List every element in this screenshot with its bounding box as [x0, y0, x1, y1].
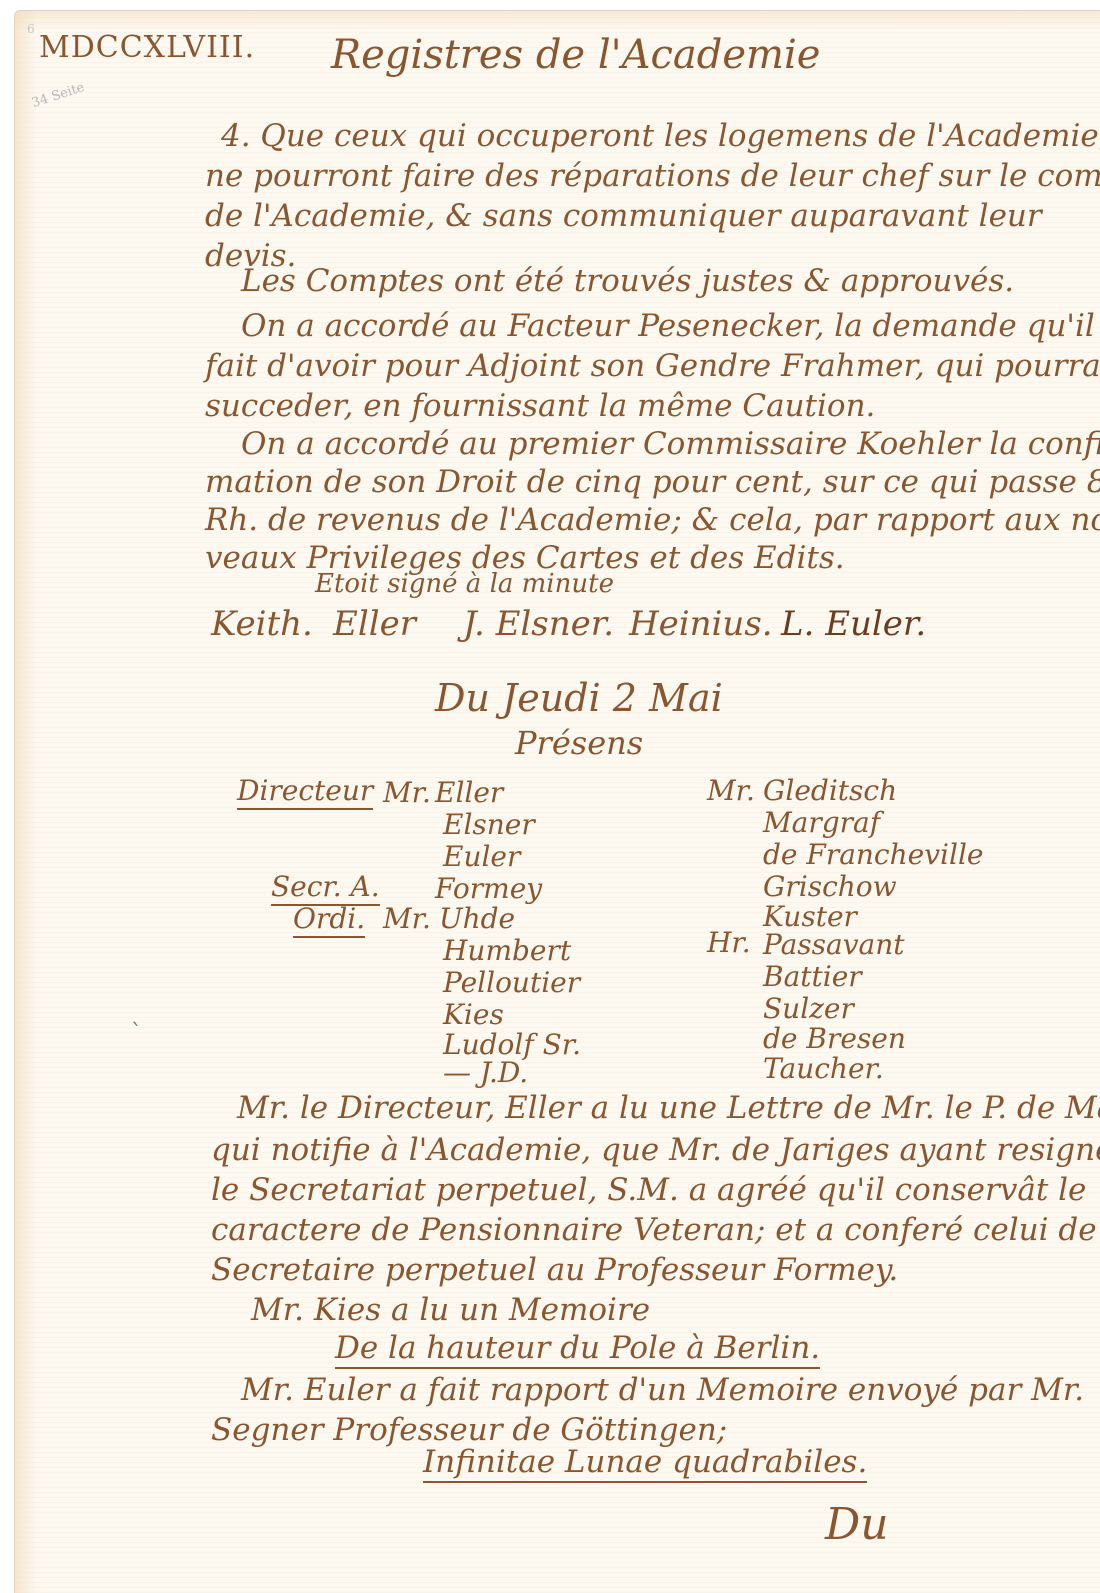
- member-name: Taucher.: [763, 1055, 884, 1083]
- proceedings-line: qui notifie à l'Academie, que Mr. de Jar…: [211, 1135, 1100, 1166]
- member-name: Margraf: [763, 809, 880, 837]
- member-name: — J.D.: [443, 1059, 528, 1087]
- pencil-folio-mark: 6: [27, 23, 35, 35]
- catchword: Du: [825, 1503, 889, 1547]
- signature-euler: L. Euler.: [781, 607, 926, 641]
- proceedings-line: le Secretariat perpetuel, S.M. a agréé q…: [211, 1175, 1086, 1206]
- minutes-line: mation de son Droit de cinq pour cent, s…: [205, 467, 1100, 498]
- year-heading: MDCCXLVIII.: [39, 33, 255, 63]
- member-name: Kuster: [763, 903, 857, 931]
- member-name: Kies: [443, 1001, 504, 1029]
- member-name: Euler: [443, 843, 520, 871]
- member-name: Grischow: [763, 873, 897, 901]
- role-ordinary: Ordi.: [293, 905, 365, 938]
- manuscript-page: 6 MDCCXLVIII. 34 Seite Registres de l'Ac…: [14, 10, 1100, 1593]
- signature-note: Etoit signé à la minute: [315, 571, 614, 597]
- member-name: Passavant: [763, 931, 905, 959]
- proceedings-line: Segner Professeur de Göttingen;: [211, 1415, 727, 1446]
- minutes-line: Rh. de revenus de l'Academie; & cela, pa…: [205, 505, 1100, 536]
- margin-ink-mark: `: [131, 1023, 142, 1045]
- member-name: Ludolf Sr.: [443, 1031, 581, 1059]
- session-date-heading: Du Jeudi 2 Mai: [435, 679, 723, 717]
- memoir-title-kies: De la hauteur du Pole à Berlin.: [335, 1333, 820, 1369]
- proceedings-line: Secretaire perpetuel au Professeur Forme…: [211, 1255, 898, 1286]
- minutes-line: 4. Que ceux qui occuperont les logemens …: [221, 121, 1100, 152]
- proceedings-line: caractere de Pensionnaire Veteran; et a …: [211, 1215, 1097, 1246]
- minutes-line: succeder, en fournissant la même Caution…: [205, 391, 875, 422]
- member-name: Uhde: [439, 905, 515, 933]
- role-prefix-mr: Mr.: [383, 905, 431, 933]
- minutes-line: ne pourront faire des réparations de leu…: [205, 161, 1100, 192]
- minutes-line: On a accordé au premier Commissaire Koeh…: [241, 429, 1100, 460]
- member-name: de Francheville: [763, 841, 983, 869]
- member-name: Eller: [435, 779, 503, 807]
- pencil-page-note: 34 Seite: [30, 81, 86, 110]
- role-director: Directeur: [237, 777, 373, 810]
- proceedings-line: Mr. Euler a fait rapport d'un Memoire en…: [241, 1375, 1084, 1406]
- member-name: de Bresen: [763, 1025, 906, 1053]
- member-name: Gleditsch: [763, 777, 897, 805]
- member-name: Elsner: [443, 811, 535, 839]
- signature-eller: Eller: [333, 607, 416, 641]
- signature-heinius: Heinius.: [629, 607, 773, 641]
- member-name: Pelloutier: [443, 969, 580, 997]
- signature-elsner: J. Elsner.: [463, 607, 614, 641]
- minutes-line: de l'Academie, & sans communiquer aupara…: [205, 201, 1042, 232]
- proceedings-line: Mr. Kies a lu un Memoire: [251, 1295, 650, 1326]
- member-name: Sulzer: [763, 995, 854, 1023]
- role-prefix-hr: Hr.: [707, 929, 751, 957]
- proceedings-line: Mr. le Directeur, Eller a lu une Lettre …: [237, 1093, 1100, 1124]
- memoir-title-segner: Infinitae Lunae quadrabiles.: [423, 1447, 867, 1483]
- member-name: Formey: [435, 875, 542, 903]
- member-name: Humbert: [443, 937, 571, 965]
- register-title: Registres de l'Academie: [331, 35, 820, 75]
- role-prefix-mr: Mr.: [383, 779, 431, 807]
- member-name: Battier: [763, 963, 862, 991]
- present-label: Présens: [515, 727, 643, 759]
- minutes-line: Les Comptes ont été trouvés justes & app…: [241, 266, 1014, 297]
- minutes-line: fait d'avoir pour Adjoint son Gendre Fra…: [205, 351, 1100, 382]
- role-prefix-mr: Mr.: [707, 777, 755, 805]
- minutes-line: On a accordé au Facteur Pesenecker, la d…: [241, 311, 1095, 342]
- signature-keith: Keith.: [211, 607, 313, 641]
